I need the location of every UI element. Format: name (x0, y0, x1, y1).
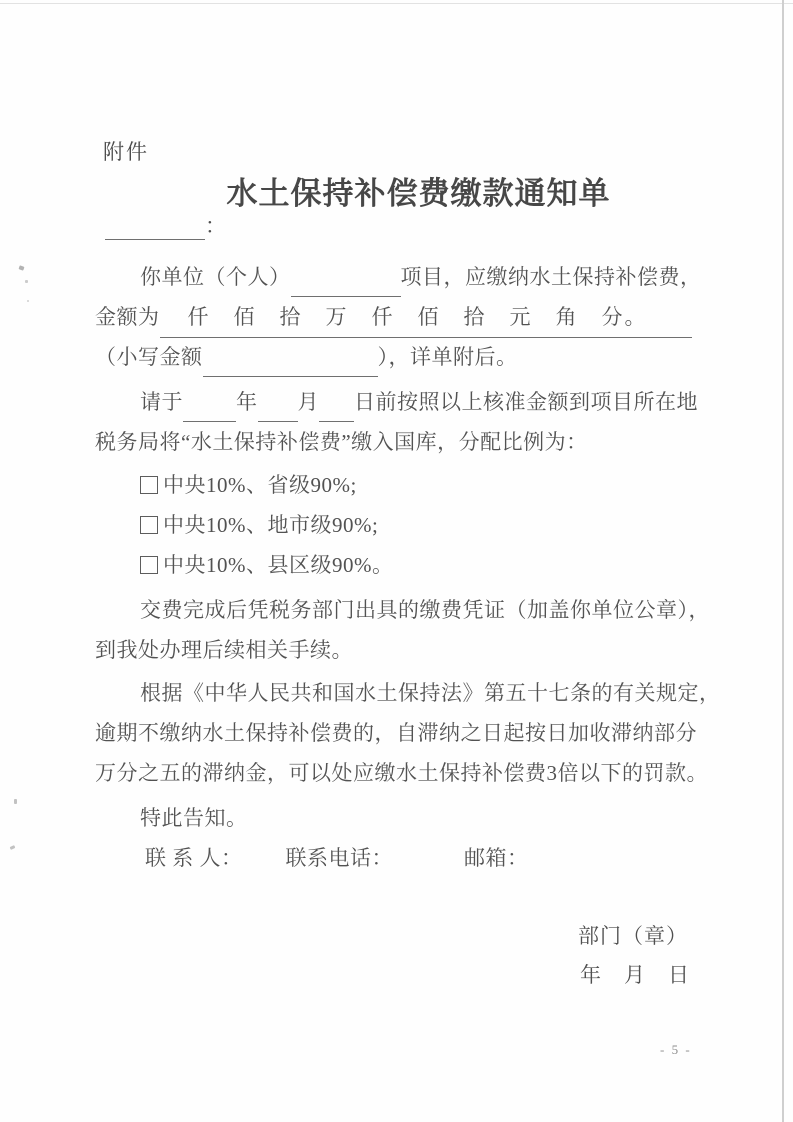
signature-block: 部门（章） 年 月 日 (578, 916, 690, 995)
option-text-province: 中央10%、省级90%; (163, 473, 357, 497)
contact-person-label: 联 系 人： (145, 838, 243, 878)
signature-department: 部门（章） (578, 916, 690, 956)
month-label: 月 (298, 390, 320, 414)
paragraph-line-unit: 你单位（个人）项目，应缴纳水土保持补偿费， (95, 257, 692, 297)
paragraph-line-law-1: 根据《中华人民共和国水土保持法》第五十七条的有关规定， (95, 673, 692, 713)
addressee-colon: ： (205, 210, 226, 240)
scan-speckle (25, 280, 28, 283)
option-text-county: 中央10%、县区级90%。 (163, 553, 394, 577)
option-row-county: 中央10%、县区级90%。 (95, 545, 692, 585)
paragraph-line-amount: 金额为仟 佰 拾 万 仟 佰 拾 元 角 分。 (95, 297, 692, 337)
line3-pre-text: （小写金额 (95, 345, 203, 369)
paragraph-line-voucher-1: 交费完成后凭税务部门出具的缴费凭证（加盖你单位公章）， (95, 590, 692, 630)
document-title: 水土保持补偿费缴款通知单 (22, 168, 793, 213)
lowercase-amount-blank-field (203, 352, 378, 377)
paragraph-line-law-2: 逾期不缴纳水土保持补偿费的，自滞纳之日起按日加收滞纳部分 (95, 713, 692, 753)
line1-pre-text: 你单位（个人） (140, 265, 291, 289)
addressee-blank-field (105, 215, 205, 240)
amount-units-blank-field: 仟 佰 拾 万 仟 佰 拾 元 角 分。 (160, 297, 693, 338)
contact-phone-label: 联系电话： (286, 838, 394, 878)
scan-edge-top (0, 3, 793, 4)
line4-pre-text: 请于 (140, 390, 183, 414)
year-blank-field (183, 397, 236, 422)
paragraph-line-lowercase-amount: （小写金额），详单附后。 (95, 337, 692, 377)
amount-label: 金额为 (95, 297, 160, 337)
scan-speckle (14, 799, 17, 804)
scan-speckle (18, 265, 24, 270)
scan-speckle (27, 300, 29, 302)
checkbox-icon (140, 476, 158, 494)
checkbox-icon (140, 516, 158, 534)
paragraph-line-law-3: 万分之五的滞纳金，可以处应缴水土保持补偿费3倍以下的罚款。 (95, 753, 692, 793)
scanned-document-page: 附件 水土保持补偿费缴款通知单 ： 你单位（个人）项目，应缴纳水土保持补偿费， … (0, 0, 793, 1122)
line4-post-text: 日前按照以上核准金额到项目所在地 (354, 390, 698, 414)
attachment-label: 附件 (103, 136, 149, 166)
line1-post-text: 项目，应缴纳水土保持补偿费， (401, 265, 702, 289)
option-row-city: 中央10%、地市级90%; (95, 505, 692, 545)
day-blank-field (319, 397, 354, 422)
line3-post-text: ），详单附后。 (378, 345, 518, 369)
paragraph-line-treasury: 税务局将“水土保持补偿费”缴入国库，分配比例为： (95, 422, 692, 462)
paragraph-line-voucher-2: 到我处办理后续相关手续。 (95, 630, 692, 670)
option-text-city: 中央10%、地市级90%; (163, 513, 378, 537)
signature-date: 年 月 日 (578, 955, 690, 995)
contact-email-label: 邮箱： (464, 838, 529, 878)
option-row-province: 中央10%、省级90%; (95, 465, 692, 505)
document-body: 你单位（个人）项目，应缴纳水土保持补偿费， 金额为仟 佰 拾 万 仟 佰 拾 元… (95, 257, 692, 878)
addressee-line: ： (105, 210, 226, 240)
month-blank-field (258, 397, 298, 422)
contact-line: 联 系 人： 联系电话： 邮箱： (95, 838, 692, 878)
scan-speckle (10, 845, 16, 850)
page-number: - 5 - (660, 1042, 692, 1058)
unit-name-blank-field (291, 272, 401, 297)
paragraph-line-deadline: 请于年月日前按照以上核准金额到项目所在地 (95, 382, 692, 422)
year-label: 年 (236, 390, 258, 414)
closing-line: 特此告知。 (95, 798, 692, 838)
checkbox-icon (140, 556, 158, 574)
